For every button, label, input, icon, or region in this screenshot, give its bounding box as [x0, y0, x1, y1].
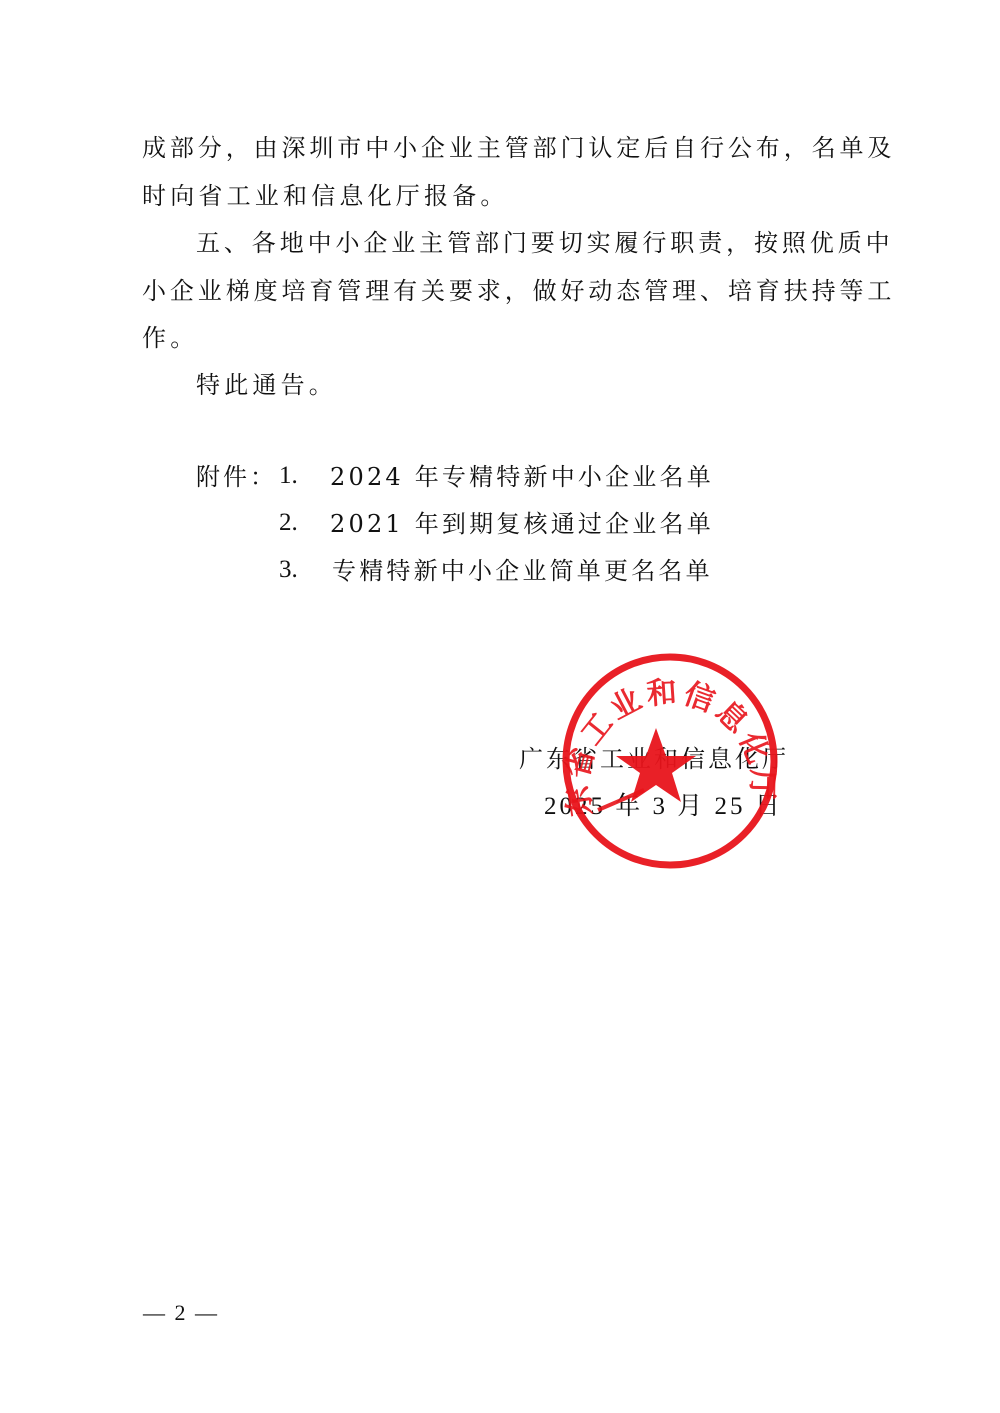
paragraph-line: 小企业梯度培育管理有关要求，做好动态管理、培育扶持等工: [142, 276, 895, 306]
attachment-number: 2.: [279, 509, 298, 537]
attachment-number: 3.: [279, 556, 298, 584]
paragraph-line: 五、各地中小企业主管部门要切实履行职责，按照优质中: [196, 228, 894, 258]
attachment-item: 专精特新中小企业简单更名名单: [332, 556, 713, 586]
page-number: — 2 —: [143, 1300, 219, 1326]
paragraph-line: 时向省工业和信息化厅报备。: [142, 181, 509, 211]
paragraph-line: 成部分，由深圳市中小企业主管部门认定后自行公布，名单及: [142, 133, 895, 163]
attachments-label: 附件：: [196, 462, 277, 492]
official-seal-icon: 东省工业和信息化厅: [556, 650, 786, 875]
attachment-item: 2021 年到期复核通过企业名单: [330, 509, 714, 539]
attachment-item: 2024 年专精特新中小企业名单: [330, 462, 714, 492]
document-page: 成部分，由深圳市中小企业主管部门认定后自行公布，名单及 时向省工业和信息化厅报备…: [0, 0, 1000, 1413]
paragraph-line: 作。: [142, 323, 198, 353]
attachment-number: 1.: [279, 462, 298, 490]
closing-line: 特此通告。: [196, 370, 337, 400]
